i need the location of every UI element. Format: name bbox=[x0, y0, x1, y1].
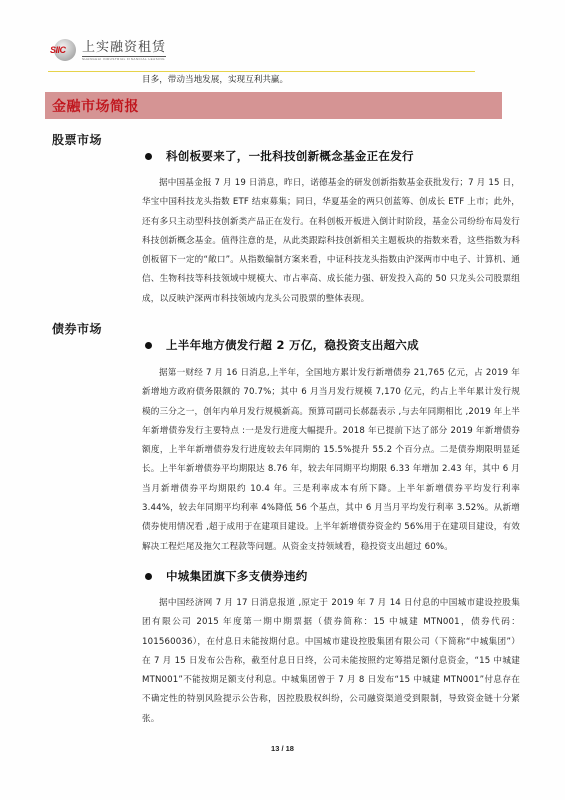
article-headline: 科创板要来了，一批科技创新概念基金正在发行 bbox=[143, 148, 414, 164]
bullet-icon bbox=[145, 153, 152, 160]
page-number: 13 / 18 bbox=[0, 744, 565, 753]
headline-text: 科创板要来了，一批科技创新概念基金正在发行 bbox=[166, 148, 414, 164]
section-title-stock-market: 股票市场 bbox=[52, 131, 102, 148]
article-body: 据第一财经 7 月 16 日消息,上半年，全国地方累计发行新增债券 21,765… bbox=[142, 364, 520, 557]
article-body: 据中国基金报 7 月 19 日消息，昨日，诺德基金的研发创新指数基金获批发行；7… bbox=[142, 174, 520, 309]
continuation-text: 目多，带动当地发展，实现互利共赢。 bbox=[142, 73, 288, 87]
headline-text: 上半年地方债发行超 2 万亿，稳投资支出超六成 bbox=[166, 337, 419, 353]
article-headline: 中城集团旗下多支债券违约 bbox=[143, 568, 308, 584]
section-title-bond-market: 债券市场 bbox=[52, 320, 102, 337]
banner-title: 金融市场简报 bbox=[52, 96, 139, 116]
article-headline: 上半年地方债发行超 2 万亿，稳投资支出超六成 bbox=[143, 337, 419, 353]
company-logo: SIIC 上实融资租赁 SHANGHAI INDUSTRIAL FINANCIA… bbox=[50, 38, 166, 64]
bullet-icon bbox=[145, 342, 152, 349]
headline-text: 中城集团旗下多支债券违约 bbox=[166, 568, 308, 584]
article-body: 据中国经济网 7 月 17 日消息报道 ,原定于 2019 年 7 月 14 日… bbox=[142, 594, 520, 729]
bullet-icon bbox=[145, 573, 152, 580]
siic-logo-icon: SIIC bbox=[50, 39, 78, 63]
company-name-cn: 上实融资租赁 bbox=[82, 41, 166, 57]
header-divider bbox=[48, 71, 475, 72]
company-name-en: SHANGHAI INDUSTRIAL FINANCIAL LEASING bbox=[82, 57, 166, 62]
section-banner: 金融市场简报 bbox=[45, 92, 502, 119]
